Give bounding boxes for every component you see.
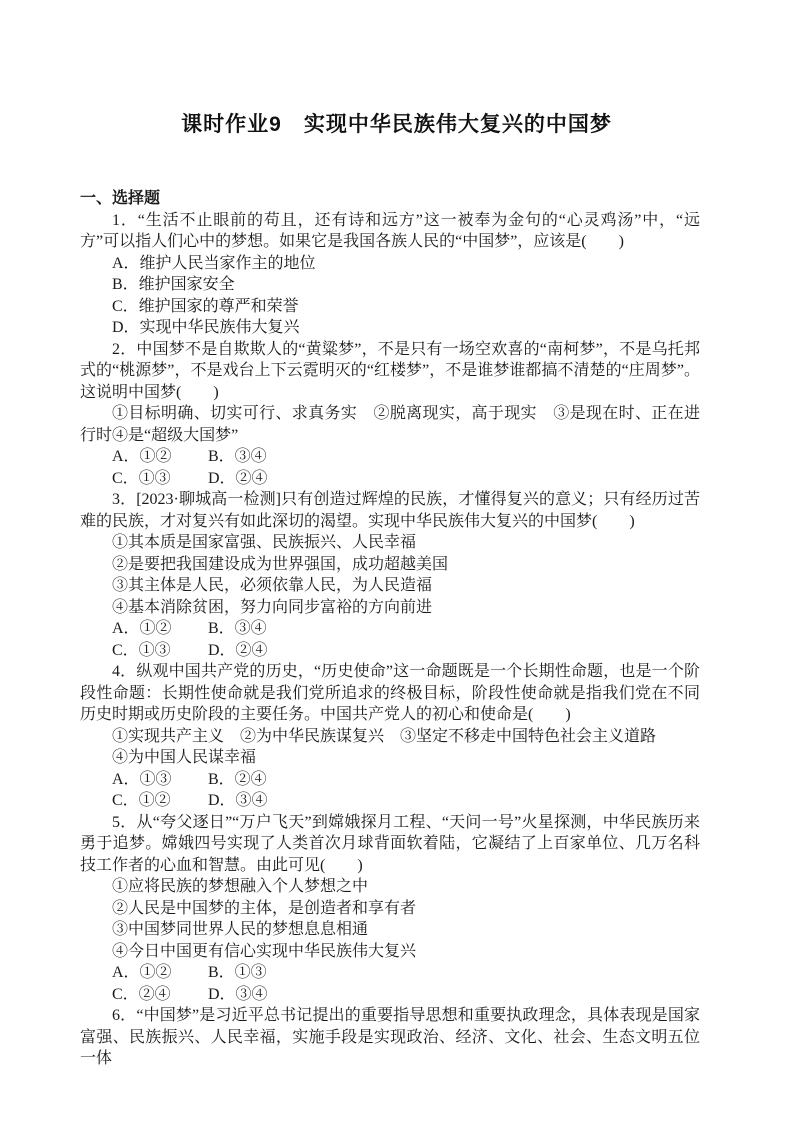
question-stem: 3．[2023·聊城高一检测]只有创造过辉煌的民族，才懂得复兴的意义；只有经历过… [80,489,700,532]
question-stem: 1．“生活不止眼前的苟且，还有诗和远方”这一被奉为金句的“心灵鸡汤”中，“远方”… [80,210,700,253]
question-stem: 4．纵观中国共产党的历史，“历史使命”这一命题既是一个长期性命题，也是一个阶段性… [80,661,700,726]
question-subitem-1: ①其本质是国家富强、民族振兴、人民幸福 [80,532,700,554]
question-subitem-3: ③中国梦同世界人民的梦想息息相通 [80,919,700,941]
option-line: B．维护国家安全 [80,274,700,296]
question-subitem-2: ②人民是中国梦的主体，是创造者和享有者 [80,898,700,920]
question-3: 3．[2023·聊城高一检测]只有创造过辉煌的民族，才懂得复兴的意义；只有经历过… [80,489,700,661]
option-a: A．①② [112,618,208,640]
question-subitem-2: ②是要把我国建设成为世界强国，成功超越美国 [80,554,700,576]
option-line: A．①②B．③④ [80,618,700,640]
question-1: 1．“生活不止眼前的苟且，还有诗和远方”这一被奉为金句的“心灵鸡汤”中，“远方”… [80,210,700,339]
question-stem: 2．中国梦不是自欺欺人的“黄粱梦”，不是只有一场空欢喜的“南柯梦”，不是乌托邦式… [80,339,700,404]
option-a: A．①② [112,962,208,984]
option-c: C．维护国家的尊严和荣誉 [112,296,299,318]
option-line: A．①②B．①③ [80,962,700,984]
option-d: D．③④ [208,792,268,809]
question-2: 2．中国梦不是自欺欺人的“黄粱梦”，不是只有一场空欢喜的“南柯梦”，不是乌托邦式… [80,339,700,490]
option-c: C．①③ [112,640,208,662]
question-stem: 5．从“夸父逐日”“万户飞天”到嫦娥探月工程、“天问一号”火星探测，中华民族历来… [80,812,700,877]
option-c: C．①② [112,790,208,812]
option-line: A．①②B．③④ [80,446,700,468]
option-line: A．①③B．②④ [80,769,700,791]
option-b: B．①③ [208,964,267,981]
option-line: C．维护国家的尊严和荣誉 [80,296,700,318]
question-subitems: ①目标明确、切实可行、求真务实 ②脱离现实，高于现实 ③是现在时、正在进行时④是… [80,403,700,446]
option-a: A．①③ [112,769,208,791]
option-a: A．维护人民当家作主的地位 [112,253,316,275]
option-line: A．维护人民当家作主的地位 [80,253,700,275]
option-b: B．②④ [208,771,267,788]
question-subitem-3: ③其主体是人民，必须依靠人民，为人民造福 [80,575,700,597]
question-subitem-1: ①实现共产主义 ②为中华民族谋复兴 ③坚定不移走中国特色社会主义道路 [80,726,700,748]
worksheet-page: 课时作业9 实现中华民族伟大复兴的中国梦 一、选择题 1．“生活不止眼前的苟且，… [0,0,793,1122]
question-subitem-4: ④基本消除贫困，努力向同步富裕的方向前进 [80,597,700,619]
option-b: B．③④ [208,448,267,465]
option-line: C．①③D．②④ [80,640,700,662]
option-line: D．实现中华民族伟大复兴 [80,317,700,339]
option-b: B．维护国家安全 [112,274,235,296]
option-d: D．②④ [208,470,268,487]
option-line: C．①②D．③④ [80,790,700,812]
question-6: 6．“中国梦”是习近平总书记提出的重要指导思想和重要执政理念，具体表现是国家富强… [80,1005,700,1070]
question-subitem-2: ④为中国人民谋幸福 [80,747,700,769]
page-title: 课时作业9 实现中华民族伟大复兴的中国梦 [0,0,793,140]
option-c: C．①③ [112,468,208,490]
option-b: B．③④ [208,620,267,637]
question-4: 4．纵观中国共产党的历史，“历史使命”这一命题既是一个长期性命题，也是一个阶段性… [80,661,700,812]
worksheet-body: 一、选择题 1．“生活不止眼前的苟且，还有诗和远方”这一被奉为金句的“心灵鸡汤”… [80,188,700,1070]
option-line: C．②④D．③④ [80,984,700,1006]
option-c: C．②④ [112,984,208,1006]
option-d: D．②④ [208,642,268,659]
question-subitem-1: ①应将民族的梦想融入个人梦想之中 [80,876,700,898]
question-subitem-4: ④今日中国更有信心实现中华民族伟大复兴 [80,941,700,963]
section-heading: 一、选择题 [80,188,700,210]
option-line: C．①③D．②④ [80,468,700,490]
option-d: D．实现中华民族伟大复兴 [112,317,300,339]
option-d: D．③④ [208,986,268,1003]
question-stem: 6．“中国梦”是习近平总书记提出的重要指导思想和重要执政理念，具体表现是国家富强… [80,1005,700,1070]
option-a: A．①② [112,446,208,468]
question-5: 5．从“夸父逐日”“万户飞天”到嫦娥探月工程、“天问一号”火星探测，中华民族历来… [80,812,700,1006]
